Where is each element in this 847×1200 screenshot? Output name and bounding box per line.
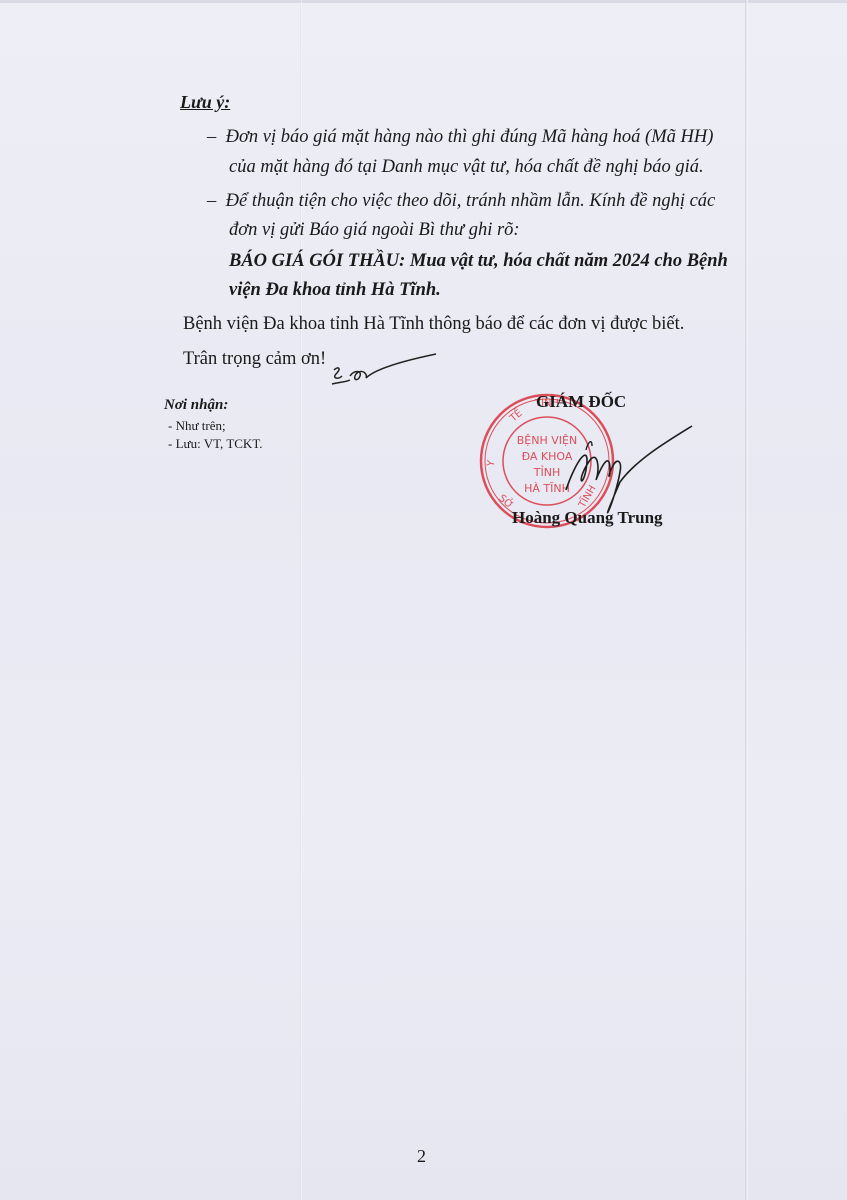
paper-fold-line (745, 0, 748, 1200)
note-bullet-2-line-2: đơn vị gửi Báo giá ngoài Bì thư ghi rõ: (229, 220, 520, 241)
signatory-name: Hoàng Quang Trung (512, 508, 663, 528)
recipients-heading: Nơi nhận: (164, 397, 228, 414)
page-number: 2 (417, 1146, 426, 1167)
bullet-dash: – (207, 191, 221, 212)
envelope-label-line-1: BÁO GIÁ GÓI THẦU: Mua vật tư, hóa chất n… (229, 251, 728, 272)
note-bullet-1-line-2: của mặt hàng đó tại Danh mục vật tư, hóa… (229, 157, 704, 178)
director-signature-icon (546, 420, 696, 520)
svg-text:Y: Y (485, 459, 497, 469)
announcement-text: Bệnh viện Đa khoa tỉnh Hà Tĩnh thông báo… (183, 314, 684, 335)
envelope-label-line-2: viện Đa khoa tỉnh Hà Tĩnh. (229, 280, 441, 301)
bullet-dash: – (207, 127, 221, 148)
note-bullet-1-line-1: – Đơn vị báo giá mặt hàng nào thì ghi đú… (207, 127, 713, 148)
recipient-item: - Như trên; (168, 418, 226, 434)
paper-fold-line (300, 0, 302, 1200)
recipient-item: - Lưu: VT, TCKT. (168, 436, 263, 452)
note-bullet-2-line-1: – Để thuận tiện cho việc theo dõi, tránh… (207, 191, 715, 212)
note-heading: Lưu ý: (180, 92, 230, 113)
signatory-position: GIÁM ĐỐC (536, 392, 626, 412)
initials-signature-icon (328, 352, 438, 392)
document-page: Lưu ý: – Đơn vị báo giá mặt hàng nào thì… (0, 0, 847, 1200)
scan-top-edge (0, 0, 847, 3)
closing-text: Trân trọng cảm ơn! (183, 349, 326, 370)
